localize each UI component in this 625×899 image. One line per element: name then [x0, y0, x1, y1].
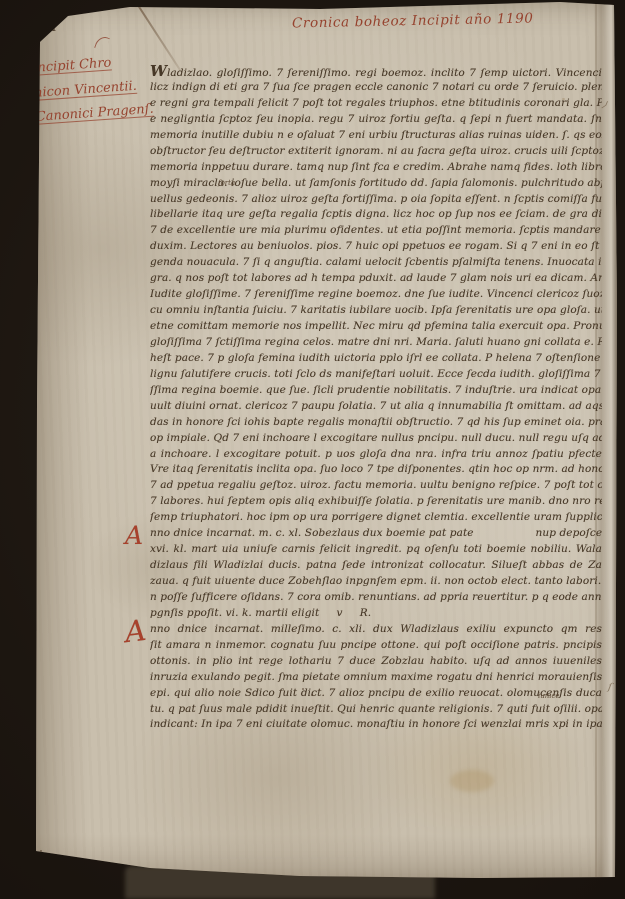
text-line: tu. q pat ſuus male pdidit inueſtit. Qui…: [150, 702, 602, 718]
text-line: lignu ſalutifere crucis. toti ſclo ds ma…: [150, 367, 602, 383]
text-line: licz indign di eti gra 7 ſua ſce pragen …: [150, 80, 602, 96]
rubric-initial: A: [124, 618, 148, 645]
text-line: ſit amara n inmemor. cognatu ſuu pncipe …: [150, 638, 602, 654]
text-line: 7 ad ppetua regaliu geſtoz. uiroz. factu…: [150, 478, 602, 494]
text-line: cu omniu inſtantia ſuiciu. 7 karitatis i…: [150, 303, 602, 319]
text-line: e regni gra tempali felicit 7 poſt tot r…: [150, 96, 602, 112]
text-line: das in honore ſci iohis bapte regalis mo…: [150, 415, 602, 431]
text-line: duxim. Lectores au beniuolos. pios. 7 hu…: [150, 239, 602, 255]
text-line: epi. qui alio noie Sdico fuit dict. 7 al…: [150, 686, 602, 702]
text-line: a inchoare. l excogitare potuit. p uos g…: [150, 447, 602, 463]
text-line: libellarie itaq ure geſta regalia ſcptis…: [150, 207, 602, 223]
parchment-stain: [450, 770, 494, 792]
text-line: nno dnice incarnat. milleſimo. c. xli. d…: [150, 622, 602, 638]
manuscript-photo: I Incipit Chro nicon Vincentii. Canonici…: [0, 0, 625, 899]
text-line: obſtructor ſeu deſtructor extiterit igno…: [150, 144, 602, 160]
text-line: Iudite gloſiſſime. 7 ſereniſſime regine …: [150, 287, 602, 303]
paragraph: Anno dnice incarnat. milleſimo. c. xli. …: [150, 622, 602, 734]
text-block: Wladizlao. gloſiſſimo. 7 ſereniſſimo. re…: [150, 64, 602, 733]
text-line: op impiale. Qd 7 eni inchoare l excogita…: [150, 431, 602, 447]
text-line: memoria inppetuu durare. tamq nup ſint f…: [150, 160, 602, 176]
text-line: Vre itaq ſerenitatis inclita opa. ſuo lo…: [150, 462, 602, 478]
margin-flourish: [94, 34, 110, 51]
text-line: ſemp triuphatori. hoc ipm op ura porrige…: [150, 510, 602, 526]
text-line: uellus gedeonis. 7 alioz uiroz geſta for…: [150, 192, 602, 208]
text-line: zaua. q fuit uiuente duce Zobehſlao inpg…: [150, 574, 602, 590]
text-line: 7 de excellentie ure mia plurimu ofident…: [150, 223, 602, 239]
text-line: memoria inutille dubiu n e oſaluat 7 eni…: [150, 128, 602, 144]
chronicle-title: Cronica boheoz Incipit año 1190: [292, 10, 534, 31]
paragraph: Wladizlao. gloſiſſimo. 7 ſereniſſimo. re…: [150, 64, 602, 526]
text-line: 7 labores. hui ſeptem opis aliq exhibuiſ…: [150, 494, 602, 510]
text-line: nno dnice incarnat. m. c. xl. Sobezlaus …: [150, 526, 602, 542]
ink-speck: [302, 688, 304, 690]
ink-speck: [562, 98, 565, 100]
text-line: pgnſis ppoſit. vi. k. martii eligit v R.: [150, 606, 602, 622]
paragraph: Anno dnice incarnat. m. c. xl. Sobezlaus…: [150, 526, 602, 622]
text-line: ottonis. in plio int rege lothariu 7 duc…: [150, 654, 602, 670]
text-line: xvi. kl. mart uia uniuſe carnis felicit …: [150, 542, 602, 558]
text-line: ſſima regina boemie. que ſue. ſicli prud…: [150, 383, 602, 399]
text-line: gloſiſſima 7 ſctiſſima regina celos. mat…: [150, 335, 602, 351]
text-line: genda nouacula. 7 ſi q anguſtia. calami …: [150, 255, 602, 271]
text-line: uult diuini ornat. clericoz 7 paupu ſola…: [150, 399, 602, 415]
ink-speck: [311, 694, 313, 696]
text-line: indicant: In ipa 7 eni ciuitate olomuc. …: [150, 717, 602, 733]
text-line: dizlaus fili Wladizlai ducis. patna ſede…: [150, 558, 602, 574]
interlinear-gloss: forta: [218, 179, 235, 187]
text-line: e negligntia ſcptoz ſeu inopia. regu 7 u…: [150, 112, 602, 128]
text-line: inruzia exulando pegit. ſma pietate omni…: [150, 670, 602, 686]
text-line: heſt pace. 7 p gloſa femina iudith uicto…: [150, 351, 602, 367]
text-line: n poſſe ſufficere oſidans. 7 cora omib. …: [150, 590, 602, 606]
text-line: gra. q nos poſt tot labores ad h tempa p…: [150, 271, 602, 287]
rubric-initial: A: [125, 523, 143, 548]
parchment-page: I Incipit Chro nicon Vincentii. Canonici…: [30, 2, 618, 884]
text-line: Wladizlao. gloſiſſimo. 7 ſereniſſimo. re…: [150, 64, 602, 80]
text-line: etne comittam memorie nos impellit. Nec …: [150, 319, 602, 335]
interlinear-gloss: iunice: [538, 692, 560, 700]
